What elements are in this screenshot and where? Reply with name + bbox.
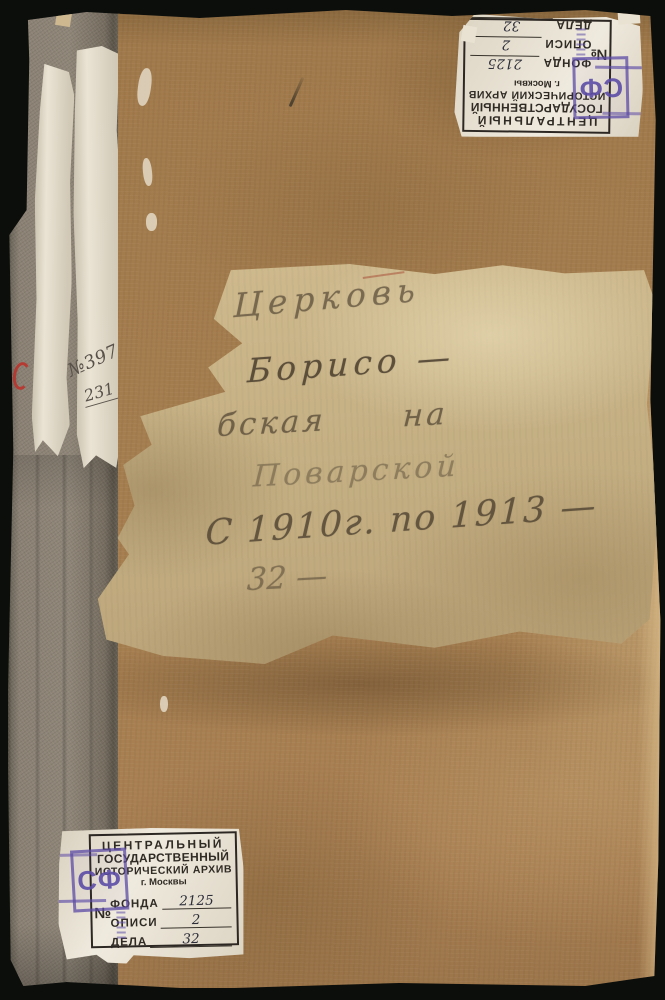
field-value-handwritten: 2125 [162,893,232,909]
archive-stamp-label-bottom: ЦЕНТРАЛЬНЫЙ ГОСУДАРСТВЕННЫЙ ИСТОРИЧЕСКИЙ… [57,826,246,965]
title-line-boriso: Борисо — [247,337,456,391]
paper-fleck [146,213,157,231]
number-symbol: № [94,905,111,949]
archive-stamp-label-top: ЦЕНТРАЛЬНЫЙ ГОСУДАРСТВЕННЫЙ ИСТОРИЧЕСКИЙ… [454,14,644,140]
paper-fleck [135,67,153,106]
label-corner-tab [461,25,478,43]
title-line-povarskoy: Поварской [252,449,460,495]
field-row-opis: ОПИСИ 2 [470,36,591,57]
paper-fleck [160,696,168,712]
paper-fleck [142,158,154,187]
photo-stage: №3976 231 ЦЕНТРАЛЬНЫЙ ГОСУДАРСТВЕННЫЙ ИС… [0,0,665,1000]
field-value-handwritten: 32 [471,17,553,33]
archival-book-cover: №3976 231 ЦЕНТРАЛЬНЫЙ ГОСУДАРСТВЕННЫЙ ИС… [0,0,665,1000]
field-value-handwritten: 2 [160,912,231,928]
field-value-handwritten: 2125 [470,55,540,71]
title-line-years: С 1910г. по 1913 — [205,486,598,554]
field-value-handwritten: 2 [470,36,541,52]
field-row-delo: ДЕЛА 32 [111,927,232,949]
title-line-number: 32 — [246,558,328,598]
field-label: ДЕЛА [555,18,591,31]
label-corner-tab [618,10,641,25]
stamp-line [602,112,642,115]
field-row-opis: ОПИСИ 2 [110,908,231,930]
title-line-skaya-na: бская на [216,396,448,444]
stamp-line [595,66,643,70]
ink-mark [289,77,305,107]
field-value-handwritten: 32 [150,931,232,948]
red-wax-mark [11,361,32,391]
stamp-small-marks [576,28,585,62]
sf-ink-stamp: СФ [70,848,129,913]
spine-top-paper-tab [55,11,72,27]
stamp-small-marks [116,905,126,939]
spine-paper-strip-left [31,64,74,456]
title-line-church: Церковь [233,270,421,326]
field-row-delo: ДЕЛА 32 [471,17,592,38]
